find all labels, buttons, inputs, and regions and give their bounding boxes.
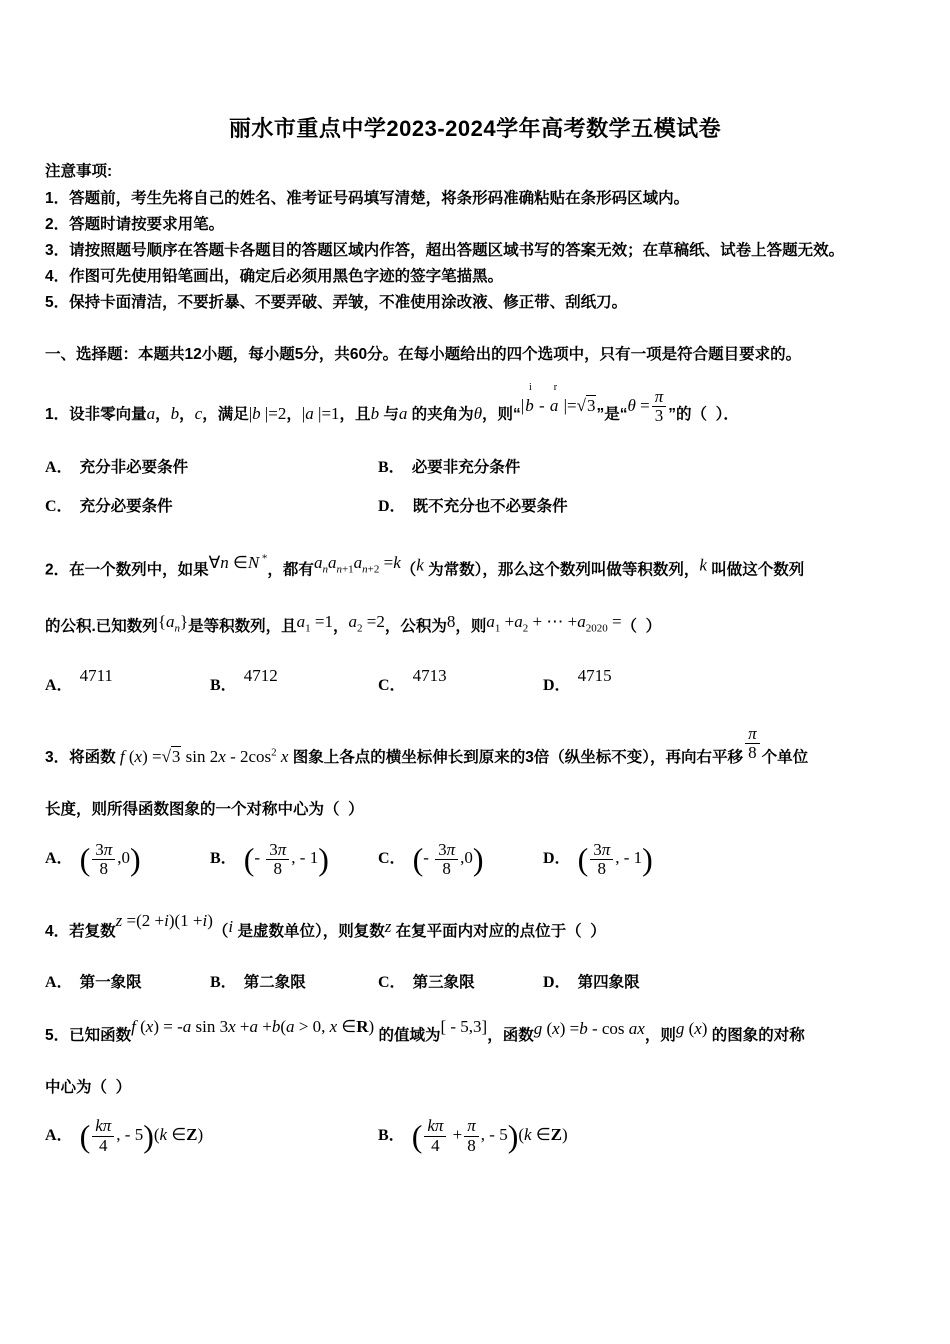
question-1-option-c: C．充分必要条件 — [45, 493, 378, 516]
question-4-option-c: C．第三象限 — [378, 969, 543, 992]
option-b-label: B． — [210, 974, 237, 991]
option-c-label: C． — [45, 498, 73, 515]
option-b-label: B． — [210, 677, 237, 694]
question-2-stem-line2: 的公积.已知数列{an}是等积数列，且a1 =1，a2 =2，公积为8，则a1 … — [45, 605, 905, 645]
question-4-options: A．第一象限 B．第二象限 C．第三象限 D．第四象限 — [45, 969, 905, 992]
option-a-content: 第一象限 — [80, 974, 142, 991]
option-d-label: D． — [378, 498, 406, 515]
question-4-option-a: A．第一象限 — [45, 969, 210, 992]
option-b-label: B． — [378, 1127, 405, 1144]
question-2-stem-line1: 2．在一个数列中，如果∀n ∈N *，都有anan+1an+2 =k（k 为常数… — [45, 542, 905, 588]
option-a-content: 充分非必要条件 — [80, 459, 189, 476]
option-d-content: (3π8, - 1) — [578, 850, 653, 867]
option-a-label: A． — [45, 974, 73, 991]
option-a-content: (kπ4, - 5)(k ∈Z) — [80, 1127, 204, 1144]
question-3-option-c: C．(- 3π8,0) — [378, 841, 543, 879]
question-4-option-b: B．第二象限 — [210, 969, 378, 992]
option-c-content: 充分必要条件 — [80, 498, 173, 515]
option-c-label: C． — [378, 974, 406, 991]
option-c-label: C． — [378, 677, 406, 694]
option-a-content: (3π8,0) — [80, 850, 141, 867]
question-2-option-b: B．4712 — [210, 666, 378, 695]
option-c-content: 第三象限 — [413, 974, 475, 991]
question-5-option-a: A．(kπ4, - 5)(k ∈Z) — [45, 1117, 378, 1155]
option-a-label: A． — [45, 677, 73, 694]
option-d-content: 第四象限 — [578, 974, 640, 991]
question-3-options: A．(3π8,0) B．(- 3π8, - 1) C．(- 3π8,0) D．(… — [45, 841, 905, 879]
option-a-label: A． — [45, 459, 73, 476]
question-4-stem: 4．若复数z =(2 +i)(1 +i)（i 是虚数单位），则复数z 在复平面内… — [45, 904, 905, 949]
option-d-content: 既不充分也不必要条件 — [413, 498, 568, 515]
option-c-label: C． — [378, 850, 406, 867]
option-b-content: (kπ4 +π8, - 5)(k ∈Z) — [412, 1127, 568, 1144]
option-d-label: D． — [543, 850, 571, 867]
notice-item-2: 2．答题时请按要求用笔。 — [45, 212, 905, 238]
option-b-content: 第二象限 — [244, 974, 306, 991]
exam-paper-page: 丽水市重点中学2023-2024学年高考数学五模试卷 注意事项: 1．答题前，考… — [0, 0, 950, 1155]
option-c-content: 4713 — [413, 677, 447, 694]
notice-item-3: 3．请按照题号顺序在答题卡各题目的答题区域内作答，超出答题区域书写的答案无效；在… — [45, 238, 905, 264]
option-b-content: (- 3π8, - 1) — [244, 850, 329, 867]
question-4-option-d: D．第四象限 — [543, 969, 905, 992]
notice-section: 注意事项: 1．答题前，考生先将自己的姓名、准考证号码填写清楚，将条形码准确粘贴… — [45, 159, 905, 316]
question-1-option-d: D．既不充分也不必要条件 — [378, 493, 905, 516]
question-1-option-a: A．充分非必要条件 — [45, 454, 378, 477]
notice-item-4: 4．作图可先使用铅笔画出，确定后必须用黑色字迹的签字笔描黑。 — [45, 264, 905, 290]
question-5-stem-line2: 中心为（ ） — [45, 1071, 905, 1105]
notice-heading: 注意事项: — [45, 159, 905, 181]
question-5-options: A．(kπ4, - 5)(k ∈Z) B．(kπ4 +π8, - 5)(k ∈Z… — [45, 1117, 905, 1155]
question-3: 3．将函数 f (x) =√3 sin 2x - 2cos2 x 图象上各点的横… — [45, 725, 905, 878]
question-5: 5．已知函数f (x) = -a sin 3x +a +b(a > 0, x ∈… — [45, 1010, 905, 1155]
question-1-stem: 1．设非零向量a，b，c，满足|b |=2，|a |=1，且b 与a 的夹角为θ… — [45, 388, 905, 432]
option-d-label: D． — [543, 677, 571, 694]
question-2-option-c: C．4713 — [378, 666, 543, 695]
option-a-label: A． — [45, 1127, 73, 1144]
question-2-option-d: D．4715 — [543, 666, 905, 695]
option-b-label: B． — [378, 459, 405, 476]
notice-item-5: 5．保持卡面清洁，不要折暴、不要弄破、弄皱，不准使用涂改液、修正带、刮纸刀。 — [45, 290, 905, 316]
page-title: 丽水市重点中学2023-2024学年高考数学五模试卷 — [45, 112, 905, 143]
question-1-options: A．充分非必要条件 B．必要非充分条件 C．充分必要条件 D．既不充分也不必要条… — [45, 454, 905, 516]
notice-item-1: 1．答题前，考生先将自己的姓名、准考证号码填写清楚，将条形码准确粘贴在条形码区域… — [45, 186, 905, 212]
question-2-option-a: A．4711 — [45, 666, 210, 695]
option-a-content: 4711 — [80, 677, 113, 694]
question-4: 4．若复数z =(2 +i)(1 +i)（i 是虚数单位），则复数z 在复平面内… — [45, 904, 905, 992]
question-3-option-b: B．(- 3π8, - 1) — [210, 841, 378, 879]
option-b-label: B． — [210, 850, 237, 867]
option-d-label: D． — [543, 974, 571, 991]
question-2-options: A．4711 B．4712 C．4713 D．4715 — [45, 666, 905, 695]
question-2: 2．在一个数列中，如果∀n ∈N *，都有anan+1an+2 =k（k 为常数… — [45, 542, 905, 695]
question-3-option-d: D．(3π8, - 1) — [543, 841, 905, 879]
question-3-stem-line2: 长度，则所得函数图象的一个对称中心为（ ） — [45, 793, 905, 827]
question-5-stem-line1: 5．已知函数f (x) = -a sin 3x +a +b(a > 0, x ∈… — [45, 1010, 905, 1053]
question-1: 1．设非零向量a，b，c，满足|b |=2，|a |=1，且b 与a 的夹角为θ… — [45, 388, 905, 516]
option-b-content: 必要非充分条件 — [412, 459, 521, 476]
question-1-option-b: B．必要非充分条件 — [378, 454, 905, 477]
option-c-content: (- 3π8,0) — [413, 850, 484, 867]
option-b-content: 4712 — [244, 677, 278, 694]
option-d-content: 4715 — [578, 677, 612, 694]
option-a-label: A． — [45, 850, 73, 867]
question-3-option-a: A．(3π8,0) — [45, 841, 210, 879]
question-3-stem-line1: 3．将函数 f (x) =√3 sin 2x - 2cos2 x 图象上各点的横… — [45, 725, 905, 775]
section-heading-choice: 一、选择题：本题共12小题，每小题5分，共60分。在每小题给出的四个选项中，只有… — [45, 342, 905, 364]
question-5-option-b: B．(kπ4 +π8, - 5)(k ∈Z) — [378, 1117, 905, 1155]
